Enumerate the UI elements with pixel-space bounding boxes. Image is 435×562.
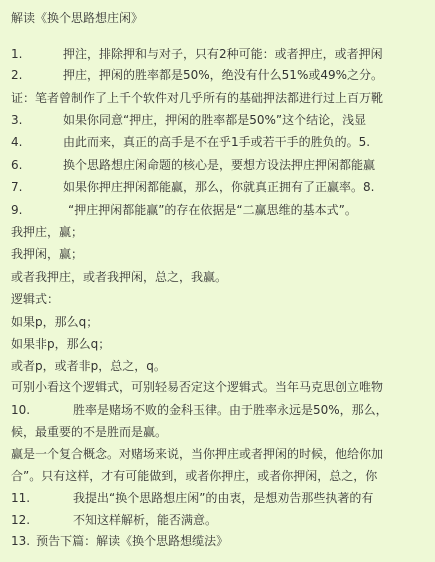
list-item-7: 7.如果你押庄押闲都能赢，那么，你就真正拥有了正赢率。8.: [11, 178, 374, 196]
paragraph-line: 合”。只有这样，才有可能做到，或者你押庄，或者你押闲，总之，你: [11, 467, 377, 485]
list-item-3: 3.如果你同意“押庄，押闲的胜率都是50%”这个结论，浅显: [11, 111, 366, 129]
paragraph-line: 可别小看这个逻辑式，可别轻易否定这个逻辑式。当年马克思创立唯物: [11, 378, 383, 396]
paragraph-line: 我押庄，赢；: [11, 223, 83, 241]
item-text: “押庄押闲都能赢”的存在依据是“二赢思维的基本式”。: [68, 203, 357, 217]
item-text: 换个思路想庄闲命题的核心是，要想方设法押庄押闲都能赢: [63, 158, 375, 172]
item-text: 我押庄，赢；: [11, 225, 83, 239]
item-number: 1.: [11, 45, 63, 63]
item-text: 候，最重要的不是胜而是赢。: [11, 425, 167, 439]
item-text: 或者p，或者非p，总之，q。: [11, 359, 166, 373]
list-item-6: 6.换个思路想庄闲命题的核心是，要想方设法押庄押闲都能赢: [11, 156, 375, 174]
item-text: 合”。只有这样，才有可能做到，或者你押庄，或者你押闲，总之，你: [11, 469, 377, 483]
list-item-2: 2.押庄，押闲的胜率都是50%，绝没有什么51%或49%之分。: [11, 66, 383, 84]
list-item-12: 12.不知这样解析，能否满意。: [11, 511, 217, 529]
item-text: 赢是一个复合概念。对赌场来说，当你押庄或者押闲的时候，他给你加: [11, 447, 383, 461]
item-number: 3.: [11, 111, 63, 129]
paragraph-line: 如果p，那么q；: [11, 313, 98, 331]
item-number: 13.: [11, 532, 30, 550]
item-text: 我押闲，赢；: [11, 247, 83, 261]
item-number: 4.: [11, 133, 63, 151]
list-item-11: 11.我提出“换个思路想庄闲”的由衷，是想劝告那些执著的有: [11, 489, 373, 507]
item-number: 12.: [11, 511, 73, 529]
item-text: 证：笔者曾制作了上千个软件对几乎所有的基础押法都进行过上百万靴: [11, 91, 383, 105]
paragraph-line: 候，最重要的不是胜而是赢。: [11, 423, 167, 441]
item-number: 6.: [11, 156, 63, 174]
item-text: 可别小看这个逻辑式，可别轻易否定这个逻辑式。当年马克思创立唯物: [11, 380, 383, 394]
paragraph-line: 赢是一个复合概念。对赌场来说，当你押庄或者押闲的时候，他给你加: [11, 445, 383, 463]
item-text: 逻辑式：: [11, 292, 59, 306]
item-text: 由此而来，真正的高手是不在乎1手或若干手的胜负的。5.: [63, 135, 370, 149]
item-text: 或者我押庄，或者我押闲，总之，我赢。: [11, 270, 227, 284]
paragraph-line: 或者p，或者非p，总之，q。: [11, 357, 166, 375]
item-number: 11.: [11, 489, 73, 507]
item-text: 如果你押庄押闲都能赢，那么，你就真正拥有了正赢率。8.: [63, 180, 374, 194]
item-text: 押注，排除押和与对子，只有2种可能：或者押庄，或者押闲: [63, 47, 383, 61]
item-text: 如果p，那么q；: [11, 315, 98, 329]
item-text: 押庄，押闲的胜率都是50%，绝没有什么51%或49%之分。: [63, 68, 383, 82]
paragraph-line: 如果非p，那么q；: [11, 335, 110, 353]
paragraph-proof: 证：笔者曾制作了上千个软件对几乎所有的基础押法都进行过上百万靴: [11, 89, 383, 107]
list-item-1: 1.押注，排除押和与对子，只有2种可能：或者押庄，或者押闲: [11, 45, 383, 63]
paragraph-line: 我押闲，赢；: [11, 245, 83, 263]
paragraph-line: 逻辑式：: [11, 290, 59, 308]
item-text: 胜率是赌场不败的金科玉律。由于胜率永远是50%，那么，: [73, 403, 388, 417]
list-item-9: 9.“押庄押闲都能赢”的存在依据是“二赢思维的基本式”。: [11, 201, 357, 219]
item-text: 如果你同意“押庄，押闲的胜率都是50%”这个结论，浅显: [63, 113, 366, 127]
item-number: 9.: [11, 201, 68, 219]
item-text: 不知这样解析，能否满意。: [73, 513, 217, 527]
list-item-13: 13.预告下篇：解读《换个思路想缆法》: [11, 532, 228, 550]
list-item-10: 10.胜率是赌场不败的金科玉律。由于胜率永远是50%，那么，: [11, 401, 388, 419]
item-number: 2.: [11, 66, 63, 84]
item-number: 10.: [11, 401, 73, 419]
item-text: 我提出“换个思路想庄闲”的由衷，是想劝告那些执著的有: [73, 491, 373, 505]
item-number: 7.: [11, 178, 63, 196]
item-text: 预告下篇：解读《换个思路想缆法》: [36, 534, 228, 548]
list-item-4: 4.由此而来，真正的高手是不在乎1手或若干手的胜负的。5.: [11, 133, 370, 151]
paragraph-line: 或者我押庄，或者我押闲，总之，我赢。: [11, 268, 227, 286]
item-text: 如果非p，那么q；: [11, 337, 110, 351]
article-title: 解读《换个思路想庄闲》: [11, 9, 143, 27]
